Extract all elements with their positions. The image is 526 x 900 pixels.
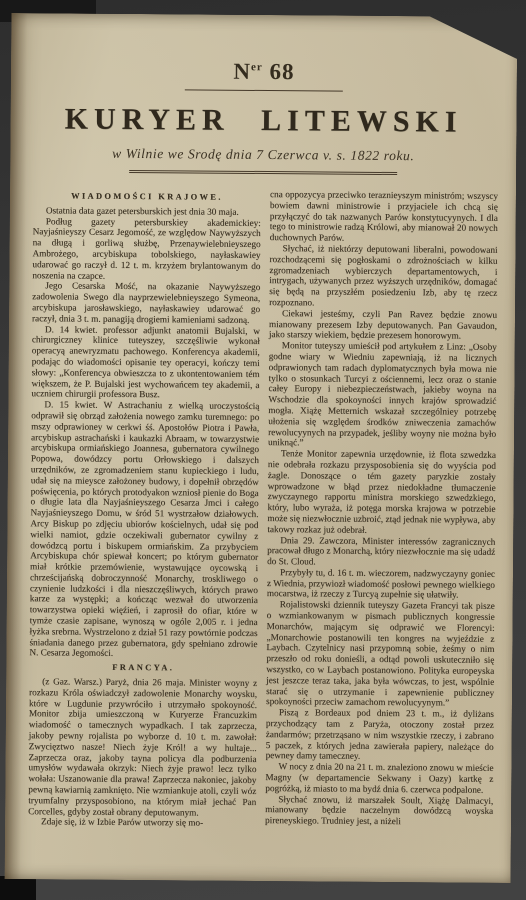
right-column: cna oppozycya przeciwko teraznieyszym mi… bbox=[265, 189, 498, 831]
newspaper-title: KURYER LITEWSKI bbox=[10, 102, 516, 140]
masthead-short-rule bbox=[185, 89, 343, 91]
text-block: Słychać znowu, iż marszałek Soult, Xiążę… bbox=[265, 794, 493, 828]
newspaper-page: Ner 68 KURYER LITEWSKI w Wilnie we Srodę… bbox=[5, 13, 518, 883]
text-block: cna oppozycya przeciwko teraznieyszym mi… bbox=[270, 189, 498, 245]
text-block: Zdaje się, iż w Izbie Parów utworzy się … bbox=[28, 817, 256, 830]
text-block: Dnia 29. Zawczora, Minister interessów z… bbox=[267, 535, 495, 569]
text-block: Rojalistowski dziennik tuteyszy Gazeta F… bbox=[266, 599, 495, 709]
text-block: Podług gazety petersburskiey akademickie… bbox=[32, 216, 261, 283]
issue-value: 68 bbox=[269, 59, 294, 84]
text-block: D. 14 kwiet. professor adjunkt anatomii … bbox=[31, 324, 260, 401]
scan-background: Ner 68 KURYER LITEWSKI w Wilnie we Srodę… bbox=[0, 0, 526, 900]
text-block: (z Gaz. Warsz.) Paryż, dnia 26 maja. Min… bbox=[28, 676, 257, 818]
issue-number: Ner 68 bbox=[11, 57, 517, 87]
text-block: Przybyły tu, d. 16 t. m. wieczorem, nadz… bbox=[267, 567, 495, 601]
text-block: Ciekawi jesteśmy, czyli Pan Ravez będzie… bbox=[269, 308, 497, 342]
masthead-double-rule bbox=[129, 170, 397, 175]
text-block: FRANCYA. bbox=[29, 662, 257, 675]
background-bottom-strip bbox=[0, 876, 36, 900]
text-block: Tenże Monitor zapewnia urzędownie, iż fl… bbox=[267, 448, 496, 536]
left-column: WIADOMOŚCI KRAJOWE. Ostatnia data gazet … bbox=[28, 187, 261, 829]
masthead-dateline: w Wilnie we Srodę dnia 7 Czerwca v. s. 1… bbox=[10, 145, 516, 165]
masthead: Ner 68 KURYER LITEWSKI w Wilnie we Srodę… bbox=[10, 13, 517, 176]
article-columns: WIADOMOŚCI KRAJOWE. Ostatnia data gazet … bbox=[5, 187, 516, 831]
text-block: Jego Cesarska Mość, na okazanie Naywyższ… bbox=[32, 281, 260, 326]
issue-superscript: er bbox=[251, 61, 263, 73]
text-block: Piszą z Bordeaux pod dniem 23 t. m., iż … bbox=[266, 707, 494, 763]
text-block: D. 15 kwiet. W Astrachaniu z wielką uroc… bbox=[29, 399, 259, 660]
text-block: Słychać, iż niektórzy deputowani liberal… bbox=[269, 243, 498, 310]
text-block: W nocy z dnia 20 na 21 t. m. znaleziono … bbox=[265, 761, 493, 795]
issue-prefix: N bbox=[233, 59, 251, 84]
text-block: WIADOMOŚCI KRAJOWE. bbox=[33, 191, 261, 204]
text-block: Monitor tuteyszy umieścił pod artykułem … bbox=[268, 340, 497, 450]
